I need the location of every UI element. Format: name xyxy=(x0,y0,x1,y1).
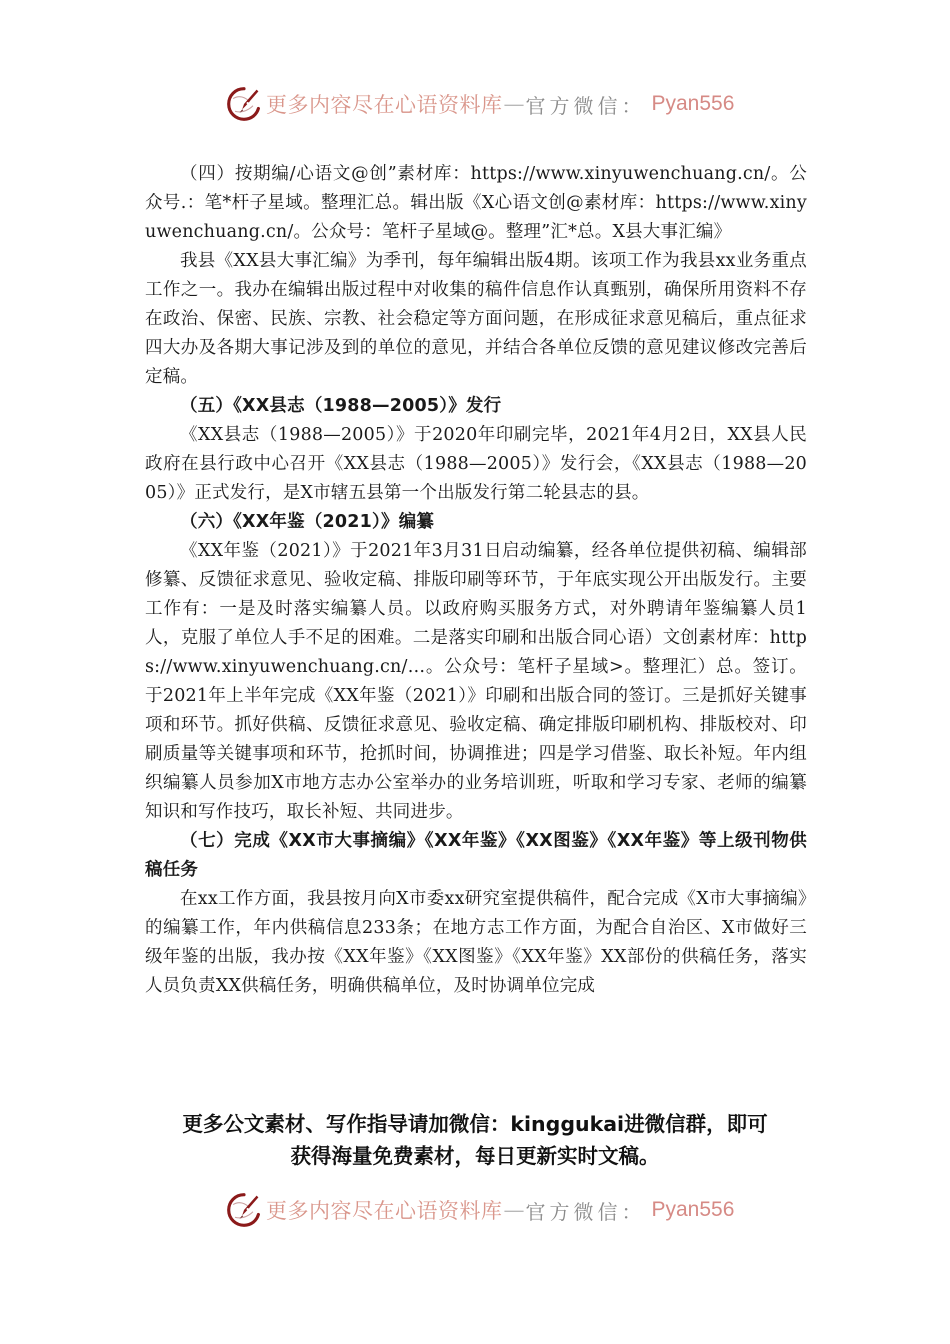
section-heading-6: （六）《XX年鉴（2021）》编纂 xyxy=(145,508,807,537)
document-body: （四）按期编/心语文@创”素材库：https://www.xinyuwenchu… xyxy=(145,160,807,1001)
paragraph-section-5-body: 《XX县志（1988—2005）》于2020年印刷完毕，2021年4月2日，XX… xyxy=(145,421,807,508)
promo-line-2: 获得海量免费素材，每日更新实时文稿。 xyxy=(140,1140,810,1172)
promo-line-1: 更多公文素材、写作指导请加微信：kinggukai进微信群，即可 xyxy=(140,1108,810,1140)
watermark-dash: — xyxy=(504,1198,525,1222)
paragraph-section-6-body: 《XX年鉴（2021）》于2021年3月31日启动编纂，经各单位提供初稿、编辑部… xyxy=(145,537,807,827)
footer-watermark: 更多内容尽在心语资料库 — 官方微信： Pyan556 xyxy=(226,1190,734,1230)
watermark-wechat-id: Pyan556 xyxy=(652,1198,735,1222)
watermark-wechat-id: Pyan556 xyxy=(652,92,735,116)
watermark-brand-text: 更多内容尽在心语资料库 xyxy=(266,1195,503,1225)
quill-pen-logo-icon xyxy=(226,86,262,122)
watermark-brand-text: 更多内容尽在心语资料库 xyxy=(266,89,503,119)
section-heading-5: （五）《XX县志（1988—2005）》发行 xyxy=(145,392,807,421)
section-heading-7: （七）完成《XX市大事摘编》《XX年鉴》《XX图鉴》《XX年鉴》等上级刊物供稿任… xyxy=(145,827,807,885)
quill-pen-logo-icon xyxy=(226,1192,262,1228)
watermark-wechat-label: 官方微信： xyxy=(526,1196,646,1225)
watermark-dash: — xyxy=(504,92,525,116)
watermark-wechat-label: 官方微信： xyxy=(526,90,646,119)
paragraph-section-7-body: 在xx工作方面，我县按月向X市委xx研究室提供稿件，配合完成《X市大事摘编》的编… xyxy=(145,885,807,1001)
paragraph-section-4-title: （四）按期编/心语文@创”素材库：https://www.xinyuwenchu… xyxy=(145,160,807,247)
promo-notice: 更多公文素材、写作指导请加微信：kinggukai进微信群，即可 获得海量免费素… xyxy=(140,1108,810,1172)
header-watermark: 更多内容尽在心语资料库 — 官方微信： Pyan556 xyxy=(226,84,734,124)
paragraph-section-4-body: 我县《XX县大事汇编》为季刊，每年编辑出版4期。该项工作为我县xx业务重点工作之… xyxy=(145,247,807,392)
